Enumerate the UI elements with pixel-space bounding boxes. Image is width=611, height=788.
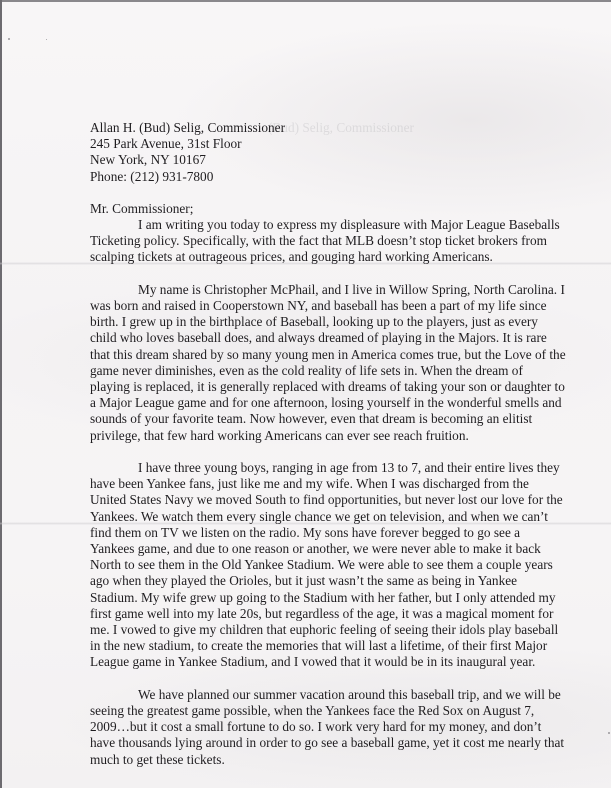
paragraph-line: I am writing you today to express my dis…	[90, 217, 530, 233]
recipient-city: New York, NY 10167	[90, 152, 530, 168]
paragraph-line: much to get these tickets.	[90, 752, 530, 768]
paragraph-line: have thousands lying around in order to …	[90, 735, 530, 751]
paragraph-line: United States Navy we moved South to fin…	[90, 492, 530, 508]
paragraph-line: have been Yankee fans, just like me and …	[90, 476, 530, 492]
paragraph-line: that this dream shared by so many young …	[90, 347, 530, 363]
paper-speck	[608, 732, 610, 734]
paragraph-line: first game well into my late 20s, but re…	[90, 606, 530, 622]
paper-speck	[46, 39, 47, 40]
paragraph-line: ago when they played the Orioles, but it…	[90, 573, 530, 589]
paragraph-line: child who loves baseball does, and alway…	[90, 330, 530, 346]
recipient-street: 245 Park Avenue, 31st Floor	[90, 136, 530, 152]
recipient-address: Allan H. (Bud) Selig, Commissioner 245 P…	[90, 120, 530, 185]
paragraph-line: scalping tickets at outrageous prices, a…	[90, 249, 530, 265]
paragraph-line: birth. I grew up in the birthplace of Ba…	[90, 314, 530, 330]
paragraph-line: game never diminishes, even as the cold …	[90, 363, 530, 379]
letter-paragraph: My name is Christopher McPhail, and I li…	[90, 282, 530, 444]
paragraph-line: me. I vowed to give my children that eup…	[90, 622, 530, 638]
paragraph-line: I have three young boys, ranging in age …	[90, 460, 530, 476]
scanned-letter-page: (Bud) Selig, Commissioner Allan H. (Bud)…	[0, 0, 611, 788]
paragraph-line: Yankees. We watch them every single chan…	[90, 509, 530, 525]
paragraph-line: League game in Yankee Stadium, and I vow…	[90, 654, 530, 670]
recipient-name: Allan H. (Bud) Selig, Commissioner	[90, 120, 530, 136]
paragraph-line: North to see them in the Old Yankee Stad…	[90, 557, 530, 573]
paragraph-line: Ticketing policy. Specifically, with the…	[90, 233, 530, 249]
paragraph-line: My name is Christopher McPhail, and I li…	[90, 282, 530, 298]
paragraph-line: Stadium. My wife grew up going to the St…	[90, 590, 530, 606]
letter-paragraph: I am writing you today to express my dis…	[90, 217, 530, 266]
letter-paragraph: We have planned our summer vacation arou…	[90, 687, 530, 768]
paragraph-line: find them on TV we listen on the radio. …	[90, 525, 530, 541]
paragraph-line: playing is replaced, it is generally rep…	[90, 379, 530, 395]
paragraph-line: was born and raised in Cooperstown NY, a…	[90, 298, 530, 314]
paragraph-line: a Major League game and for one afternoo…	[90, 395, 530, 411]
paragraph-line: seeing the greatest game possible, when …	[90, 703, 530, 719]
letter-body: Allan H. (Bud) Selig, Commissioner 245 P…	[90, 120, 530, 768]
letter-paragraphs: I am writing you today to express my dis…	[90, 217, 530, 768]
paragraph-line: in the new stadium, to create the memori…	[90, 638, 530, 654]
paragraph-line: sounds of your favorite team. Now howeve…	[90, 411, 530, 427]
salutation: Mr. Commissioner;	[90, 201, 530, 217]
paragraph-line: 2009…but it cost a small fortune to do s…	[90, 719, 530, 735]
letter-paragraph: I have three young boys, ranging in age …	[90, 460, 530, 671]
recipient-phone: Phone: (212) 931-7800	[90, 169, 530, 185]
paper-speck	[8, 38, 10, 40]
paragraph-line: privilege, that few hard working America…	[90, 428, 530, 444]
paragraph-line: Yankees game, and due to one reason or a…	[90, 541, 530, 557]
paragraph-line: We have planned our summer vacation arou…	[90, 687, 530, 703]
